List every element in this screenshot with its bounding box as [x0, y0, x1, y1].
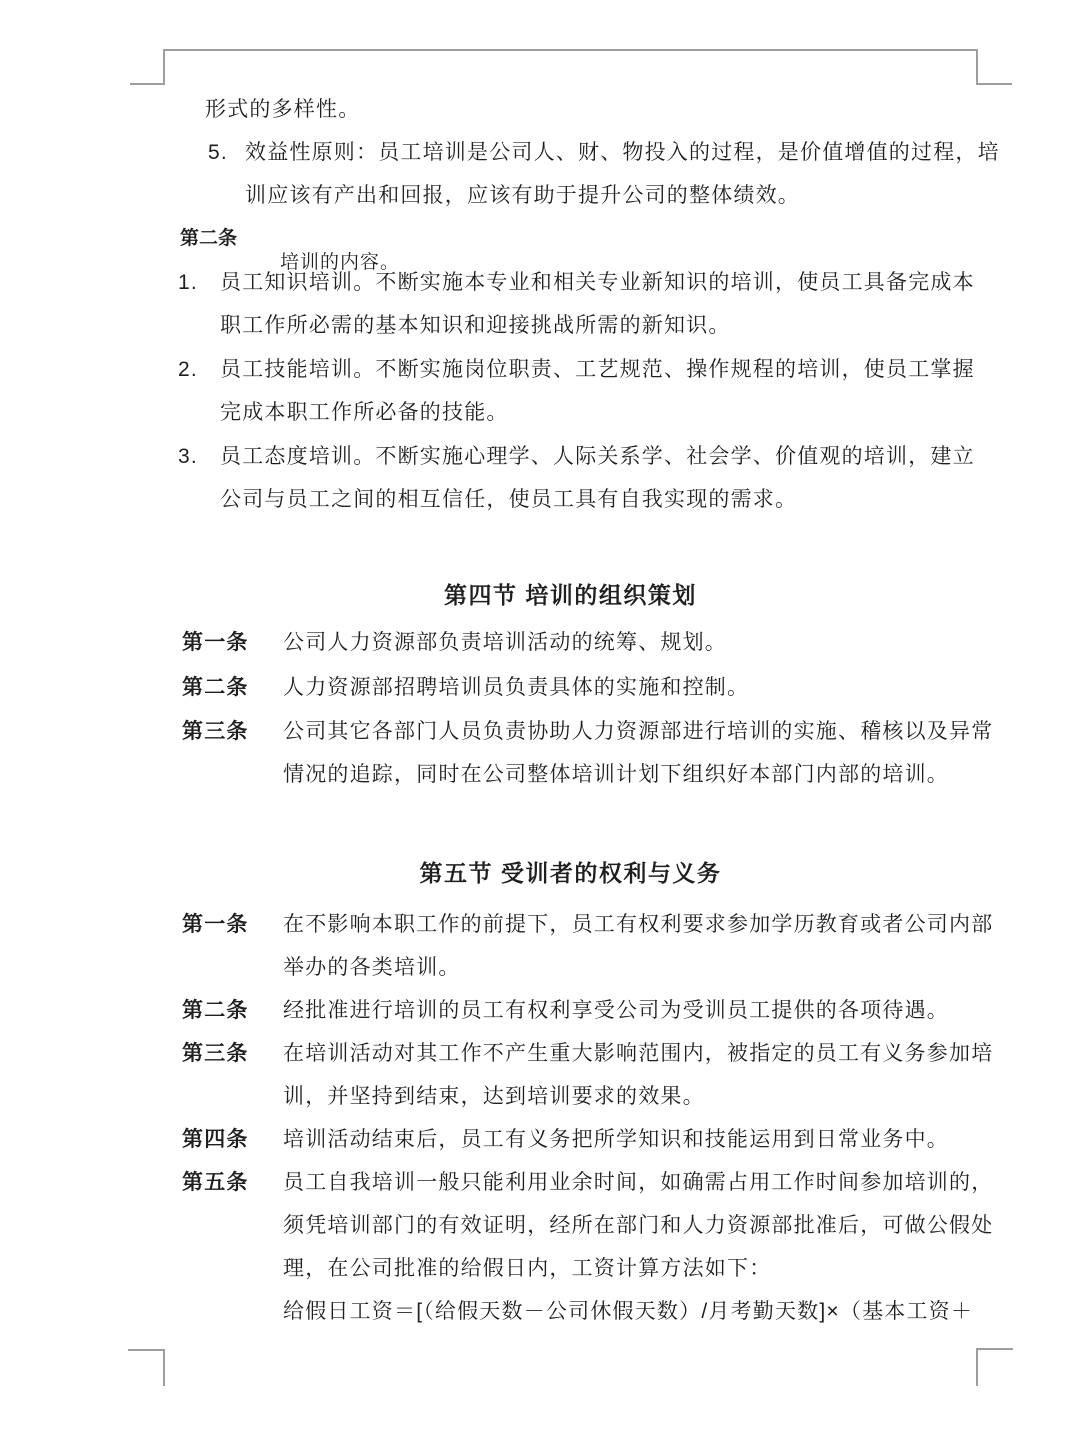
clause-label: 第一条 — [182, 903, 249, 946]
crop-mark-top-left-horizontal — [130, 83, 165, 85]
list-item-line: 员工技能培训。不断实施岗位职责、工艺规范、操作规程的培训，使员工掌握 — [220, 348, 975, 391]
clause-s4-1: 第一条 公司人力资源部负责培训活动的统筹、规划。 — [182, 621, 727, 664]
list-item-5: 5. 效益性原则：员工培训是公司人、财、物投入的过程，是价值增值的过程，培 训应… — [208, 131, 1000, 217]
clause-label: 第二条 — [182, 666, 249, 709]
clause-line: 公司其它各部门人员负责协助人力资源部进行培训的实施、稽核以及异常 — [283, 710, 993, 753]
list-item-line: 员工知识培训。不断实施本专业和相关专业新知识的培训，使员工具备完成本 — [220, 261, 975, 304]
list-item-line: 员工态度培训。不断实施心理学、人际关系学、社会学、价值观的培训，建立 — [220, 435, 975, 478]
section-heading-5: 第五节 受训者的权利与义务 — [163, 851, 978, 895]
clause-line: 在不影响本职工作的前提下，员工有权利要求参加学历教育或者公司内部 — [283, 903, 993, 946]
clause-s5-4: 第四条 培训活动结束后，员工有义务把所学知识和技能运用到日常业务中。 — [182, 1118, 949, 1161]
clause-line: 理，在公司批准的给假日内，工资计算方法如下： — [283, 1247, 993, 1290]
list-item-line: 训应该有产出和回报，应该有助于提升公司的整体绩效。 — [245, 174, 1000, 217]
crop-mark-bottom-left-vertical — [163, 1349, 165, 1386]
crop-mark-top-right-vertical — [976, 49, 978, 85]
section-heading-4: 第四节 培训的组织策划 — [163, 573, 978, 617]
crop-mark-top-left-vertical — [163, 49, 165, 84]
clause-line: 人力资源部招聘培训员负责具体的实施和控制。 — [283, 666, 749, 709]
list-item-line: 公司与员工之间的相互信任，使员工具有自我实现的需求。 — [220, 478, 975, 521]
clause-line: 培训活动结束后，员工有义务把所学知识和技能运用到日常业务中。 — [283, 1118, 949, 1161]
formula-line: 给假日工资＝[（给假天数－公司休假天数）/月考勤天数]×（基本工资＋ — [283, 1290, 993, 1333]
clause-line: 经批准进行培训的员工有权利享受公司为受训员工提供的各项待遇。 — [283, 989, 949, 1032]
clause-line: 训，并坚持到结束，达到培训要求的效果。 — [283, 1075, 993, 1118]
crop-mark-bottom-right-horizontal — [976, 1348, 1013, 1350]
clause-label: 第三条 — [182, 710, 249, 753]
document-page: 形式的多样性。 5. 效益性原则：员工培训是公司人、财、物投入的过程，是价值增值… — [0, 0, 1080, 1432]
clause-label: 第二条 — [182, 989, 249, 1032]
clause-label: 第四条 — [182, 1118, 249, 1161]
clause-line: 在培训活动对其工作不产生重大影响范围内，被指定的员工有义务参加培 — [283, 1032, 993, 1075]
crop-mark-bottom-right-vertical — [976, 1348, 978, 1386]
list-item-1: 1. 员工知识培训。不断实施本专业和相关专业新知识的培训，使员工具备完成本 职工… — [178, 261, 975, 347]
clause-line: 员工自我培训一般只能利用业余时间，如确需占用工作时间参加培训的， — [283, 1161, 993, 1204]
clause-line: 举办的各类培训。 — [283, 946, 993, 989]
list-item-3: 3. 员工态度培训。不断实施心理学、人际关系学、社会学、价值观的培训，建立 公司… — [178, 435, 975, 521]
clause-label: 第一条 — [182, 621, 249, 664]
list-item-line: 完成本职工作所必备的技能。 — [220, 391, 975, 434]
list-item-line: 职工作所必需的基本知识和迎接挑战所需的新知识。 — [220, 304, 975, 347]
clause-line: 公司人力资源部负责培训活动的统筹、规划。 — [283, 621, 727, 664]
clause-s4-2: 第二条 人力资源部招聘培训员负责具体的实施和控制。 — [182, 666, 749, 709]
page-top-boundary-line — [163, 49, 978, 51]
list-number: 1. — [178, 261, 198, 304]
clause-s5-1: 第一条 在不影响本职工作的前提下，员工有权利要求参加学历教育或者公司内部 举办的… — [182, 903, 993, 989]
list-number: 2. — [178, 348, 198, 391]
crop-mark-bottom-left-horizontal — [128, 1349, 165, 1351]
list-number: 5. — [208, 131, 228, 174]
crop-mark-top-right-horizontal — [976, 83, 1012, 85]
clause-line: 情况的追踪，同时在公司整体培训计划下组织好本部门内部的培训。 — [283, 753, 993, 796]
clause-s5-3: 第三条 在培训活动对其工作不产生重大影响范围内，被指定的员工有义务参加培 训，并… — [182, 1032, 993, 1118]
clause-label: 第三条 — [182, 1032, 249, 1075]
clause-s5-5: 第五条 员工自我培训一般只能利用业余时间，如确需占用工作时间参加培训的， 须凭培… — [182, 1161, 993, 1333]
clause-line: 须凭培训部门的有效证明，经所在部门和人力资源部批准后，可做公假处 — [283, 1204, 993, 1247]
clause-s4-3: 第三条 公司其它各部门人员负责协助人力资源部进行培训的实施、稽核以及异常 情况的… — [182, 710, 993, 796]
clause-label: 第二条 — [180, 228, 237, 249]
list-item-line: 效益性原则：员工培训是公司人、财、物投入的过程，是价值增值的过程，培 — [245, 131, 1000, 174]
list-item-2: 2. 员工技能培训。不断实施岗位职责、工艺规范、操作规程的培训，使员工掌握 完成… — [178, 348, 975, 434]
clause-label: 第五条 — [182, 1161, 249, 1204]
list-number: 3. — [178, 435, 198, 478]
clause-s5-2: 第二条 经批准进行培训的员工有权利享受公司为受训员工提供的各项待遇。 — [182, 989, 949, 1032]
paragraph-tail-line: 形式的多样性。 — [205, 88, 360, 131]
